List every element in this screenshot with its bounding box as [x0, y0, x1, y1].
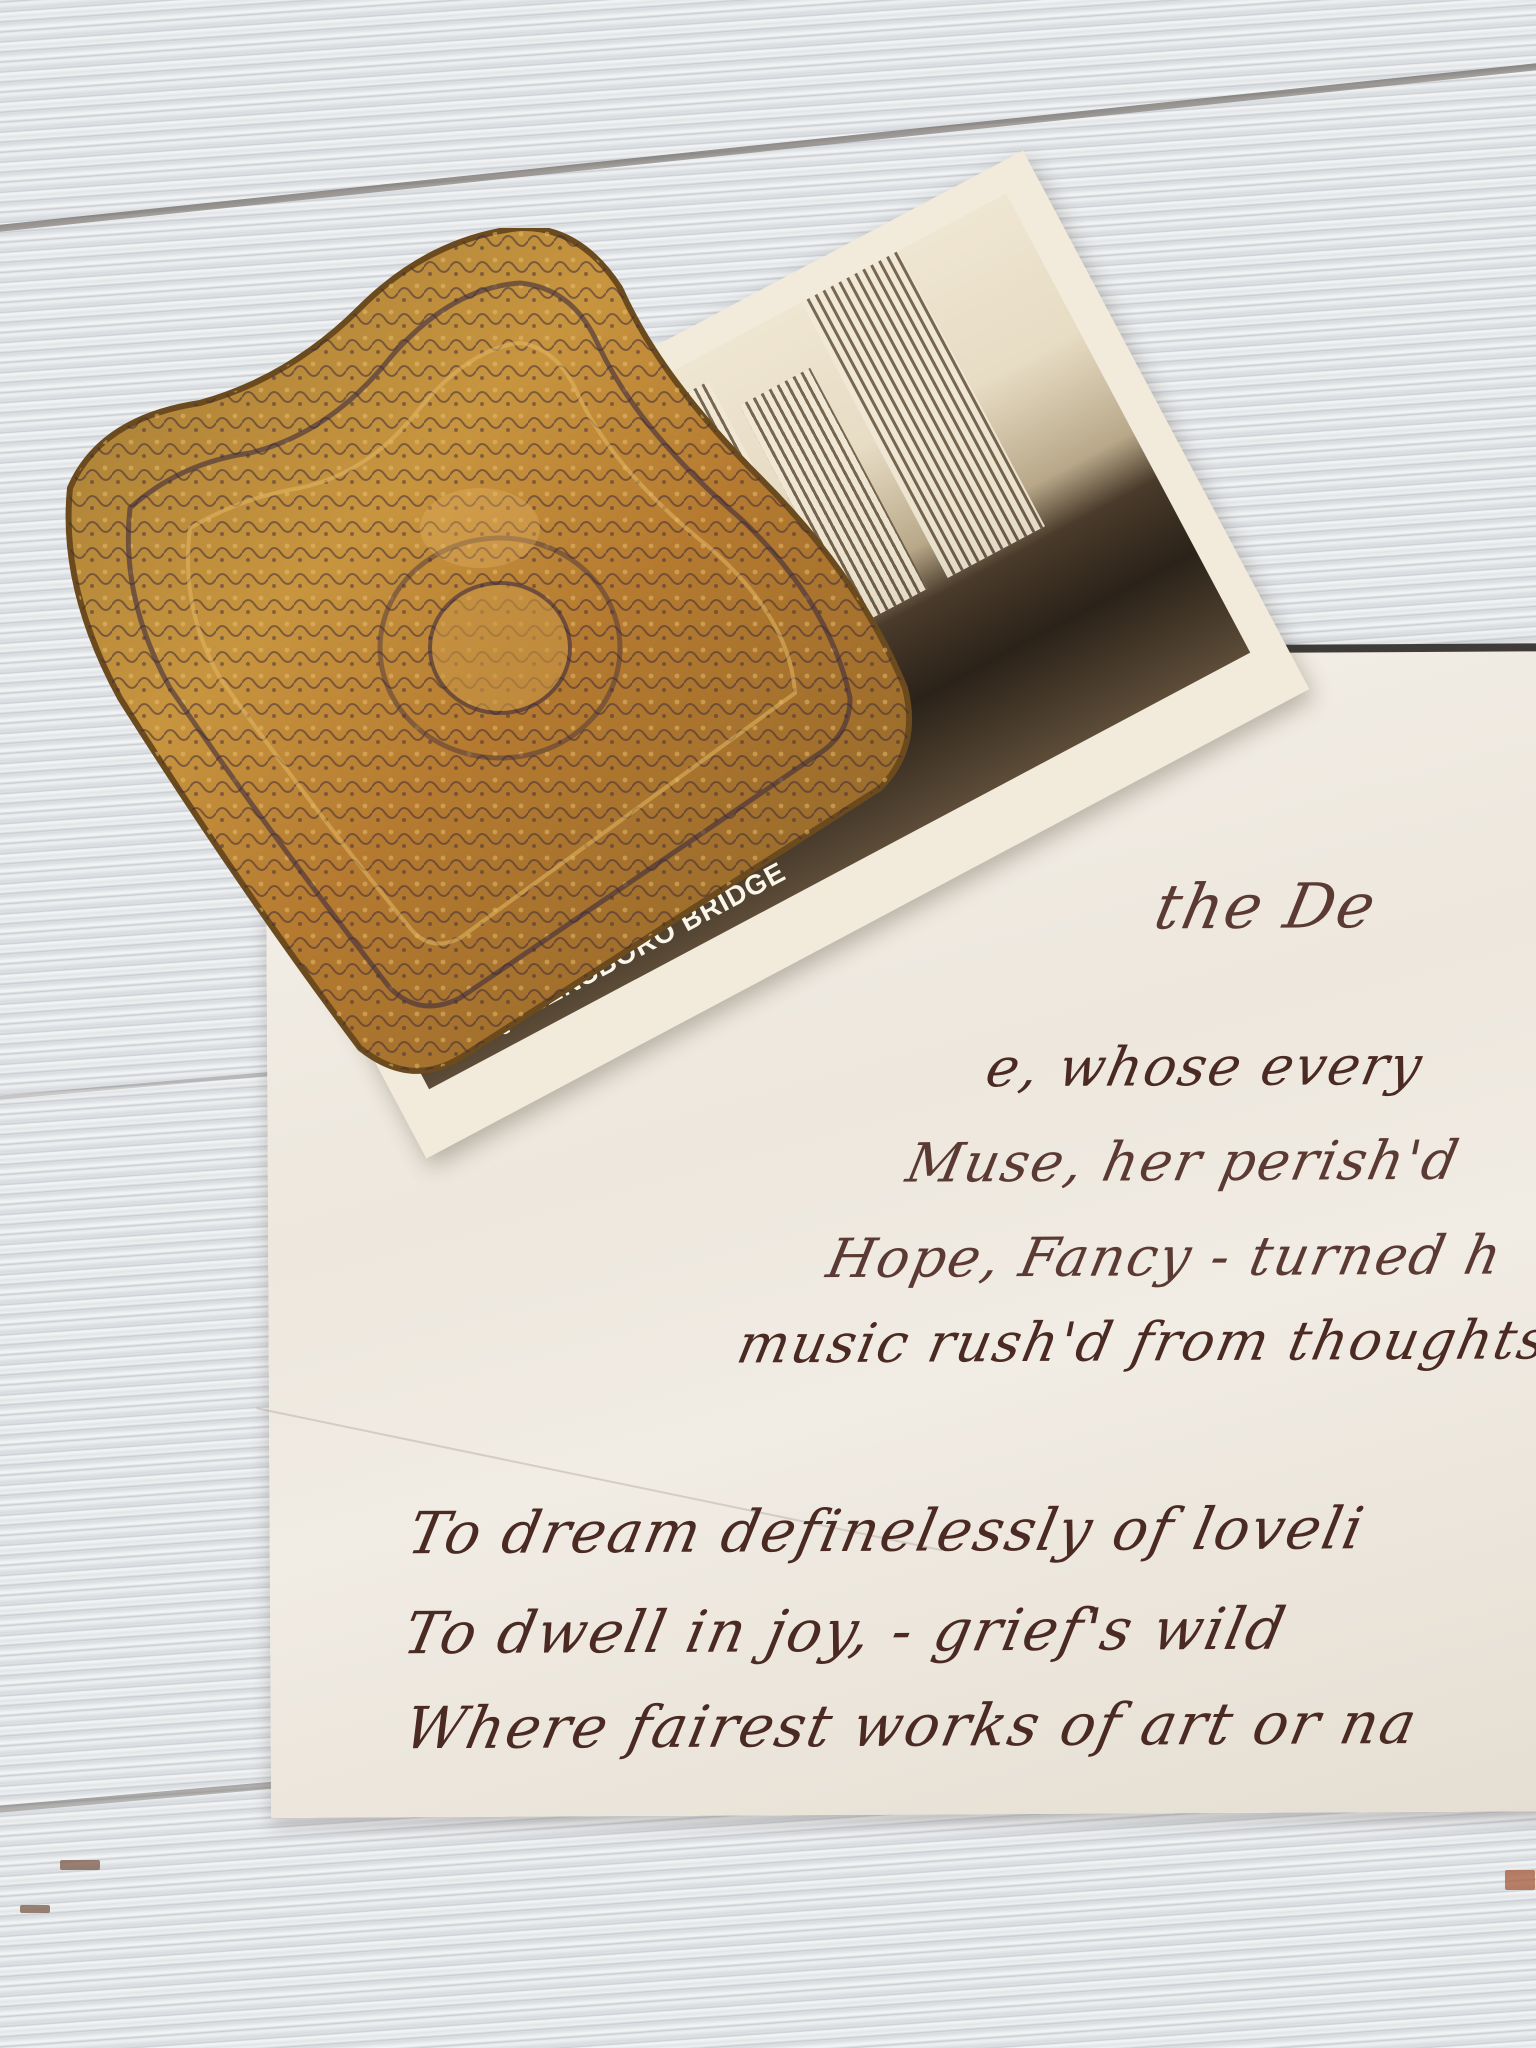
letter-line: To dream definelessly of loveli: [403, 1494, 1372, 1567]
letter-line: Muse, her perish'd: [901, 1129, 1465, 1195]
brass-paper-clip: [60, 228, 920, 1078]
plank-gap: [0, 52, 1536, 237]
letter-line: music rush'd from thoughts tha: [732, 1308, 1536, 1376]
paint-chip: [20, 1905, 50, 1913]
letter-line: To dwell in joy, - grief's wild: [398, 1595, 1293, 1668]
letter-line: Hope, Fancy - turned h: [822, 1223, 1509, 1290]
paint-chip: [1505, 1870, 1535, 1890]
letter-line: e, whose every: [981, 1034, 1429, 1099]
engraved-brass-clip-icon: [60, 228, 920, 1078]
letter-line: Where fairest works of art or na: [399, 1689, 1425, 1762]
letter-line: the De: [1149, 869, 1384, 943]
photo-scene: the De e, whose every Muse, her perish'd…: [0, 0, 1536, 2048]
paint-chip: [60, 1860, 100, 1870]
